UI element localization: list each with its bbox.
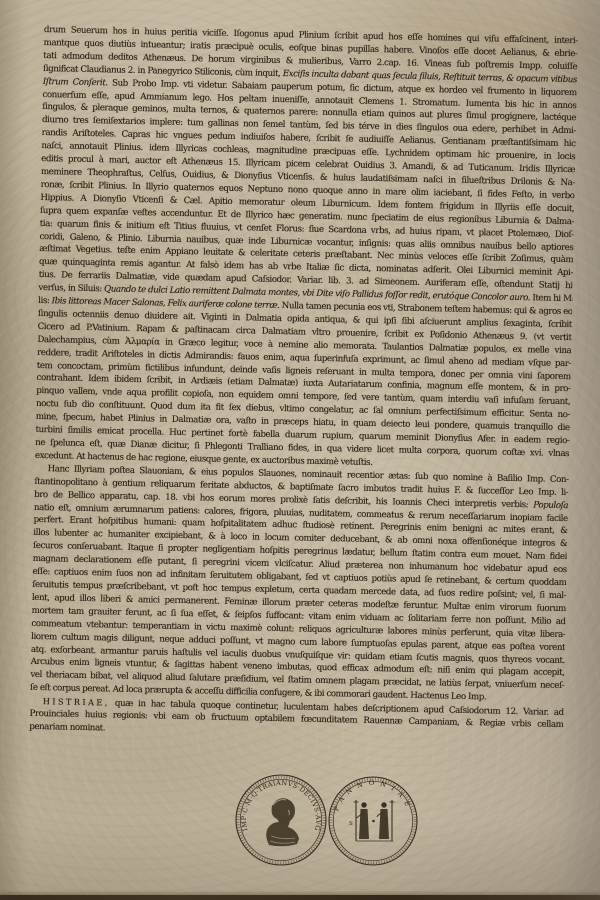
text-segment: HISTRIAE,: [43, 696, 110, 707]
text-segment: Populoſa: [533, 500, 568, 511]
page-bottom-edge: [0, 895, 600, 900]
two-standing-figures-icon: [354, 800, 395, 841]
laureate-bust-right-icon: [266, 798, 299, 846]
text-segment: verſus, in Siluis:: [38, 283, 104, 294]
text-segment: penariam nominat.: [29, 722, 105, 734]
coin-obverse-decius: IMP·C·M·Q·TRAIANVS·DECIVS·AVG: [233, 772, 329, 868]
book-page-photo: drum Seuerum hos in huius peritia viciſſ…: [0, 0, 600, 900]
coin-field-letter: S: [349, 821, 353, 827]
text-segment: Item hi Martia-: [532, 293, 572, 304]
text-block: drum Seuerum hos in huius peritia viciſſ…: [29, 24, 578, 745]
coin-legend: PANNONIAE: [332, 779, 413, 813]
coin-reverse-pannoniae: PANNONIAE S: [327, 775, 419, 867]
text-segment: lis:: [38, 296, 52, 306]
text-segment: Iſtrum Conſerit.: [43, 77, 112, 88]
